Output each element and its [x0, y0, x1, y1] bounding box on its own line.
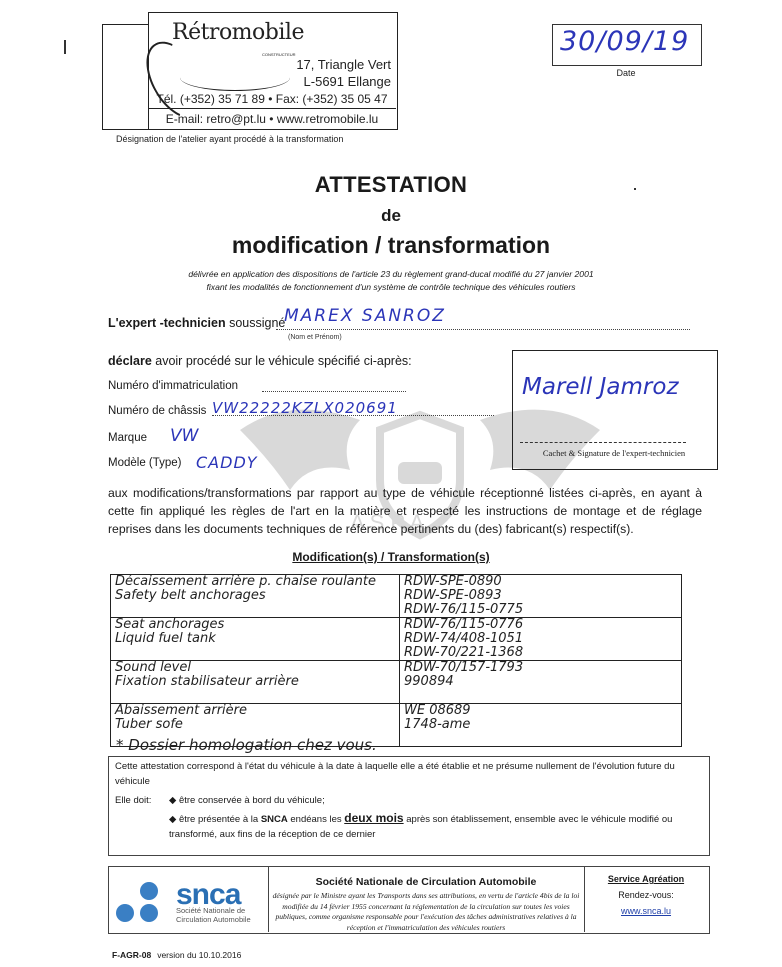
bullet-1: ◆ être conservée à bord du véhicule;: [169, 793, 325, 808]
subtitle-line-1: délivrée en application des dispositions…: [0, 268, 782, 281]
modification-description[interactable]: Décaissement arrière p. chaise roulanteS…: [111, 575, 400, 618]
modification-item: Liquid fuel tank: [115, 632, 395, 646]
modification-item: Seat anchorages: [115, 618, 395, 632]
info-text: Cette attestation correspond à l'état du…: [115, 759, 701, 789]
service-title: Service Agréation: [584, 874, 708, 884]
modification-reference[interactable]: RDW-SPE-0890RDW-SPE-0893RDW-76/115-0775: [400, 575, 682, 618]
expert-name-value: MAREX SANROZ: [284, 306, 446, 326]
bullet-2: ◆ être présentée à la SNCA endéans les d…: [169, 811, 699, 842]
chassis-value: VW22222KZLX020691: [212, 399, 398, 417]
reference-item: WE 08689: [404, 704, 677, 718]
chassis-label: Numéro de châssis: [108, 405, 206, 417]
modifications-note: * Dossier homologation chez vous.: [116, 736, 377, 754]
snca-logo-subtitle: Société Nationale de Circulation Automob…: [176, 906, 251, 924]
modifications-table: Décaissement arrière p. chaise roulanteS…: [110, 574, 682, 747]
signature-line: [520, 442, 686, 443]
workshop-brand: Rétromobile: [172, 20, 304, 45]
workshop-phone-fax: Tél. (+352) 35 71 89 • Fax: (+352) 35 05…: [148, 92, 396, 106]
modification-description[interactable]: Seat anchoragesLiquid fuel tank: [111, 618, 400, 661]
info-box: Cette attestation correspond à l'état du…: [108, 756, 710, 856]
modification-item: Tuber sofe: [115, 718, 395, 732]
make-label: Marque: [108, 432, 147, 444]
workshop-email-web: E-mail: retro@pt.lu • www.retromobile.lu: [148, 108, 396, 129]
reference-item: RDW-76/115-0775: [404, 603, 677, 617]
form-id: F-AGR-08version du 10.10.2016: [112, 950, 241, 960]
must-label: Elle doit:: [115, 793, 151, 808]
reference-item: RDW-70/221-1368: [404, 646, 677, 660]
date-value: 30/09/19: [560, 26, 689, 57]
model-value[interactable]: CADDY: [196, 453, 258, 472]
snca-gear-icon: [140, 904, 158, 922]
subtitle-line-2: fixant les modalités de fonctionnement d…: [0, 281, 782, 294]
service-rdv: Rendez-vous:: [584, 890, 708, 900]
modifications-heading: Modification(s) / Transformation(s): [0, 550, 782, 564]
modification-item: Sound level: [115, 661, 395, 675]
snca-wheel-icon: [116, 904, 134, 922]
designation-label: Désignation de l'atelier ayant procédé à…: [116, 134, 343, 144]
logo-underline-icon: [180, 64, 290, 91]
workshop-address-1: 17, Triangle Vert: [296, 57, 391, 72]
modification-row: Sound levelFixation stabilisateur arrièr…: [111, 661, 682, 704]
title-subtitle: délivrée en application des dispositions…: [0, 268, 782, 294]
modification-item: Safety belt anchorages: [115, 589, 395, 603]
declare-label: déclare avoir procédé sur le véhicule sp…: [108, 354, 412, 368]
modification-item: Abaissement arrière: [115, 704, 395, 718]
reference-item: RDW-76/115-0776: [404, 618, 677, 632]
registration-field[interactable]: [262, 382, 406, 392]
modification-reference[interactable]: WE 086891748-ame: [400, 704, 682, 747]
declaration-paragraph: aux modifications/transformations par ra…: [108, 484, 702, 538]
reference-item: RDW-SPE-0893: [404, 589, 677, 603]
modification-item: Décaissement arrière p. chaise roulante: [115, 575, 395, 589]
title-modification: modification / transformation: [0, 232, 782, 259]
model-label: Modèle (Type): [108, 457, 182, 469]
org-description: désignée par le Ministre ayant les Trans…: [270, 891, 582, 933]
expert-label: L'expert -technicien soussigné: [108, 316, 285, 330]
title-de: de: [0, 206, 782, 226]
reference-item: RDW-70/157-1793: [404, 661, 677, 675]
reference-item: RDW-SPE-0890: [404, 575, 677, 589]
modification-description[interactable]: Sound levelFixation stabilisateur arrièr…: [111, 661, 400, 704]
modification-reference[interactable]: RDW-70/157-1793990894: [400, 661, 682, 704]
modification-row: Décaissement arrière p. chaise roulanteS…: [111, 575, 682, 618]
stamp-frame-back: [102, 24, 149, 130]
reference-item: 990894: [404, 675, 677, 689]
reference-item: RDW-74/408-1051: [404, 632, 677, 646]
modification-row: Seat anchoragesLiquid fuel tankRDW-76/11…: [111, 618, 682, 661]
reference-item: 1748-ame: [404, 718, 677, 732]
make-value[interactable]: VW: [170, 426, 198, 446]
workshop-address-2: L-5691 Ellange: [304, 74, 391, 89]
workshop-brand-sub: CONSTRUCTEUR: [262, 52, 296, 57]
snca-steering-wheel-icon: [140, 882, 158, 900]
name-hint: (Nom et Prénom): [288, 334, 342, 341]
title-attestation: ATTESTATION: [0, 172, 782, 198]
date-label: Date: [552, 68, 700, 78]
snca-website-link[interactable]: www.snca.lu: [584, 906, 708, 916]
modification-item: Fixation stabilisateur arrière: [115, 675, 395, 689]
modification-reference[interactable]: RDW-76/115-0776RDW-74/408-1051RDW-70/221…: [400, 618, 682, 661]
signature-label: Cachet & Signature de l'expert-technicie…: [512, 448, 716, 458]
registration-label: Numéro d'immatriculation: [108, 380, 238, 392]
scan-speck: [64, 40, 66, 54]
org-title: Société Nationale de Circulation Automob…: [268, 876, 584, 888]
signature-value: Marell Jamroz: [522, 374, 679, 400]
